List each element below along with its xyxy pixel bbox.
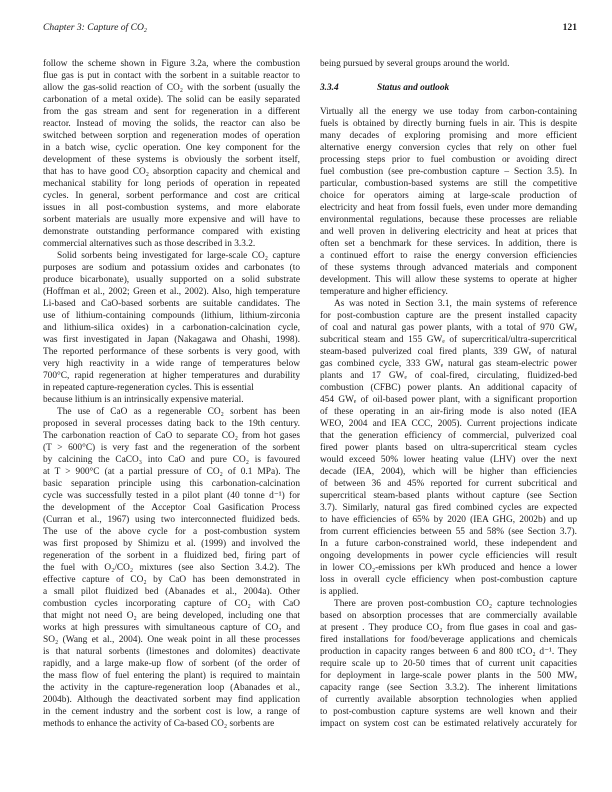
paragraph-continuation: being pursued by several groups around t… bbox=[320, 58, 577, 70]
section-heading: 3.3.4Status and outlook bbox=[320, 82, 577, 94]
text-line: 3.7). Similarly, natural gas fired combi… bbox=[320, 502, 577, 514]
text-line: issues in all post-combustion systems, a… bbox=[43, 202, 300, 214]
text-line: of these systems through advanced materi… bbox=[320, 262, 577, 274]
text-line: at present . They produce CO₂ from flue … bbox=[320, 622, 577, 634]
text-line: impact on system cost can be estimated r… bbox=[320, 718, 577, 730]
text-line: that the generation efficiency of commer… bbox=[320, 430, 577, 442]
text-line: steam-based pulverized coal fired plants… bbox=[320, 346, 577, 358]
text-line: methods to enhance the activity of Ca-ba… bbox=[43, 718, 300, 730]
text-line: The use of the above cycle for a post-co… bbox=[43, 526, 300, 538]
text-line: (Hoffman et al., 2002; Green et al., 200… bbox=[43, 286, 300, 298]
text-line: loss in overall cycle efficiency when po… bbox=[320, 574, 577, 586]
text-line: the mass flow of fuel entering the plant… bbox=[43, 670, 300, 682]
text-line: of currently available absorption techno… bbox=[320, 694, 577, 706]
text-line: capacity range (see Section 3.3.2). The … bbox=[320, 682, 577, 694]
text-line: supercritical steam-based plants without… bbox=[320, 490, 577, 502]
text-line: SO₂ (Wang et al., 2004). One weak point … bbox=[43, 634, 300, 646]
text-line: alternative energy conversion cycles tha… bbox=[320, 142, 577, 154]
text-line: the fuel with O₂/CO₂ mixtures (see also … bbox=[43, 562, 300, 574]
text-line: reactor. Instead of moving the solids, t… bbox=[43, 118, 300, 130]
text-line: 2004b). Although the deactivated sorbent… bbox=[43, 694, 300, 706]
text-line: in repeated capture-regeneration cycles.… bbox=[43, 382, 300, 394]
text-line: cycle was successfully tested in a pilot… bbox=[43, 490, 300, 502]
text-line: (Curran et al., 1967) using two intercon… bbox=[43, 514, 300, 526]
text-line: require scale up to 20-50 times that of … bbox=[320, 658, 577, 670]
text-line: follow the scheme shown in Figure 3.2a, … bbox=[43, 58, 300, 70]
text-line: a small pilot fluidized bed (Abanades et… bbox=[43, 586, 300, 598]
spacer bbox=[320, 94, 577, 106]
text-line: gas combined cycle, 333 GWₑ natural gas … bbox=[320, 358, 577, 370]
text-line: flue gas is put in contact with the sorb… bbox=[43, 70, 300, 82]
text-line: purposes are sodium and potassium oxides… bbox=[43, 262, 300, 274]
text-line: many decades of exploring promising and … bbox=[320, 130, 577, 142]
text-line: development. This will allow these syste… bbox=[320, 274, 577, 286]
page-number: 121 bbox=[563, 22, 577, 33]
text-line: because lithium is an intrinsically expe… bbox=[43, 394, 300, 406]
text-line: combustion (CFBC) power plants. An addit… bbox=[320, 382, 577, 394]
text-line: would exceed 50% lower heating value (LH… bbox=[320, 454, 577, 466]
section-body: Virtually all the energy we use today fr… bbox=[320, 106, 577, 730]
text-line: the development of the Acceptor Coal Gas… bbox=[43, 502, 300, 514]
text-line: for deployment in large-scale power plan… bbox=[320, 670, 577, 682]
text-line: WEO, 2004 and IEA CCC, 2005). Current pr… bbox=[320, 418, 577, 430]
text-line: Solid sorbents being investigated for la… bbox=[43, 250, 300, 262]
text-line: electricity and heat from fossil fuels, … bbox=[320, 202, 577, 214]
text-line: commercial alternatives such as those de… bbox=[43, 238, 300, 250]
text-line: a continued effort to raise the energy c… bbox=[320, 250, 577, 262]
text-line: and well proven in delivering electricit… bbox=[320, 226, 577, 238]
text-line: in a batch wise, cyclic operation. One k… bbox=[43, 142, 300, 154]
text-line: fuel combustion (see pre-combustion capt… bbox=[320, 166, 577, 178]
text-line: As was noted in Section 3.1, the main sy… bbox=[320, 298, 577, 310]
running-header: Chapter 3: Capture of CO2 121 bbox=[43, 22, 577, 36]
text-line: the activity in the capture-regeneration… bbox=[43, 682, 300, 694]
text-line: Virtually all the energy we use today fr… bbox=[320, 106, 577, 118]
text-line: for post-combustion capture are the pres… bbox=[320, 310, 577, 322]
text-line: often set a benchmark for these services… bbox=[320, 238, 577, 250]
text-line: is applied. bbox=[320, 586, 577, 598]
text-line: production in capacity ranges between 6 … bbox=[320, 646, 577, 658]
text-line: mechanical stability for long periods of… bbox=[43, 178, 300, 190]
text-line: (T > 600°C) is very fast and the regener… bbox=[43, 442, 300, 454]
text-line: of coal and natural gas power plants, wi… bbox=[320, 322, 577, 334]
text-line: to post-combustion capture systems are w… bbox=[320, 706, 577, 718]
text-line: is that natural sorbents (limestones and… bbox=[43, 646, 300, 658]
text-line: in lower CO₂-emissions per kWh produced … bbox=[320, 562, 577, 574]
text-line: that has to have good CO₂ absorption cap… bbox=[43, 166, 300, 178]
text-line: The use of CaO as a regenerable CO₂ sorb… bbox=[43, 406, 300, 418]
text-line: subcritical steam and 155 GWₑ of supercr… bbox=[320, 334, 577, 346]
text-line: produce bicarbonate), usually supported … bbox=[43, 274, 300, 286]
section-number: 3.3.4 bbox=[320, 82, 377, 94]
text-line: temperature and higher efficiency. bbox=[320, 286, 577, 298]
text-line: fired power plants based on ultra-superc… bbox=[320, 442, 577, 454]
text-line: basic separation principle using this ca… bbox=[43, 478, 300, 490]
text-line: was first investigated in Japan (Nakagaw… bbox=[43, 334, 300, 346]
text-line: 700°C, rapid regeneration at higher temp… bbox=[43, 370, 300, 382]
text-line: demonstrate outstanding performance comp… bbox=[43, 226, 300, 238]
text-line: that might not need O₂ are being develop… bbox=[43, 610, 300, 622]
text-line: fired installations for food/beverage ap… bbox=[320, 634, 577, 646]
text-line: The reported performance of these sorben… bbox=[43, 346, 300, 358]
text-line: choice for operators aiming at large-sca… bbox=[320, 190, 577, 202]
text-line: in the cement industry and the sorbent c… bbox=[43, 706, 300, 718]
text-line: of these operating in an air-firing mode… bbox=[320, 406, 577, 418]
text-line: environmental regulations, because these… bbox=[320, 214, 577, 226]
text-line: based on absorption processes that are c… bbox=[320, 610, 577, 622]
text-line: rapidly, and a large make-up flow of sor… bbox=[43, 658, 300, 670]
text-line: cycles. In general, sorbent performance … bbox=[43, 190, 300, 202]
left-column: follow the scheme shown in Figure 3.2a, … bbox=[43, 58, 300, 730]
text-line: effective capture of CO₂ by CaO has been… bbox=[43, 574, 300, 586]
text-line: 454 GWₑ of oil-based power plant, with a… bbox=[320, 394, 577, 406]
text-line: and lithium-silica oxides) in a carbonat… bbox=[43, 322, 300, 334]
spacer bbox=[320, 70, 577, 82]
text-line: development of these systems is obviousl… bbox=[43, 154, 300, 166]
right-column: being pursued by several groups around t… bbox=[320, 58, 577, 730]
text-line: at T > 900°C (at a partial pressure of C… bbox=[43, 466, 300, 478]
text-line: The carbonation reaction of CaO to separ… bbox=[43, 430, 300, 442]
text-line: was first proposed by Shimizu et al. (19… bbox=[43, 538, 300, 550]
text-line: plants and 17 GWₑ of coal-fired, circula… bbox=[320, 370, 577, 382]
text-line: combustion cycles incorporating capture … bbox=[43, 598, 300, 610]
text-line: from the gas stream and sent for regener… bbox=[43, 106, 300, 118]
text-line: switched between sorption and regenerati… bbox=[43, 130, 300, 142]
text-line: There are proven post-combustion CO₂ cap… bbox=[320, 598, 577, 610]
text-line: processing steps prior to fuel combustio… bbox=[320, 154, 577, 166]
text-line: fuels is obtained by directly burning fu… bbox=[320, 118, 577, 130]
text-line: In a future carbon-constrained world, th… bbox=[320, 538, 577, 550]
text-line: by calcining the CaCO₃ into CaO and pure… bbox=[43, 454, 300, 466]
text-line: of between 36 and 45% reported for curre… bbox=[320, 478, 577, 490]
text-line: Li-based and CaO-based sorbents are suit… bbox=[43, 298, 300, 310]
text-line: allow the gas-solid reaction of CO₂ with… bbox=[43, 82, 300, 94]
running-title: Chapter 3: Capture of CO2 bbox=[43, 22, 147, 33]
text-line: proposed in several processes dating bac… bbox=[43, 418, 300, 430]
text-line: particular, combustion-based systems are… bbox=[320, 178, 577, 190]
text-line: works at high pressures with simultaneou… bbox=[43, 622, 300, 634]
text-line: to have efficiencies of 65% by 2020 (IEA… bbox=[320, 514, 577, 526]
text-line: carbonation of a metal oxide). The solid… bbox=[43, 94, 300, 106]
text-line: use of lithium-containing compounds (lit… bbox=[43, 310, 300, 322]
section-title: Status and outlook bbox=[377, 83, 449, 93]
text-line: ongoing developments in power cycle effi… bbox=[320, 550, 577, 562]
text-line: decade (IEA, 2004), which will be higher… bbox=[320, 466, 577, 478]
text-line: very high reactivity in a wide range of … bbox=[43, 358, 300, 370]
text-line: from current efficiencies between 55 and… bbox=[320, 526, 577, 538]
text-line: regeneration of the sorbent in a fluidiz… bbox=[43, 550, 300, 562]
text-line: sorbent materials are usually more expen… bbox=[43, 214, 300, 226]
